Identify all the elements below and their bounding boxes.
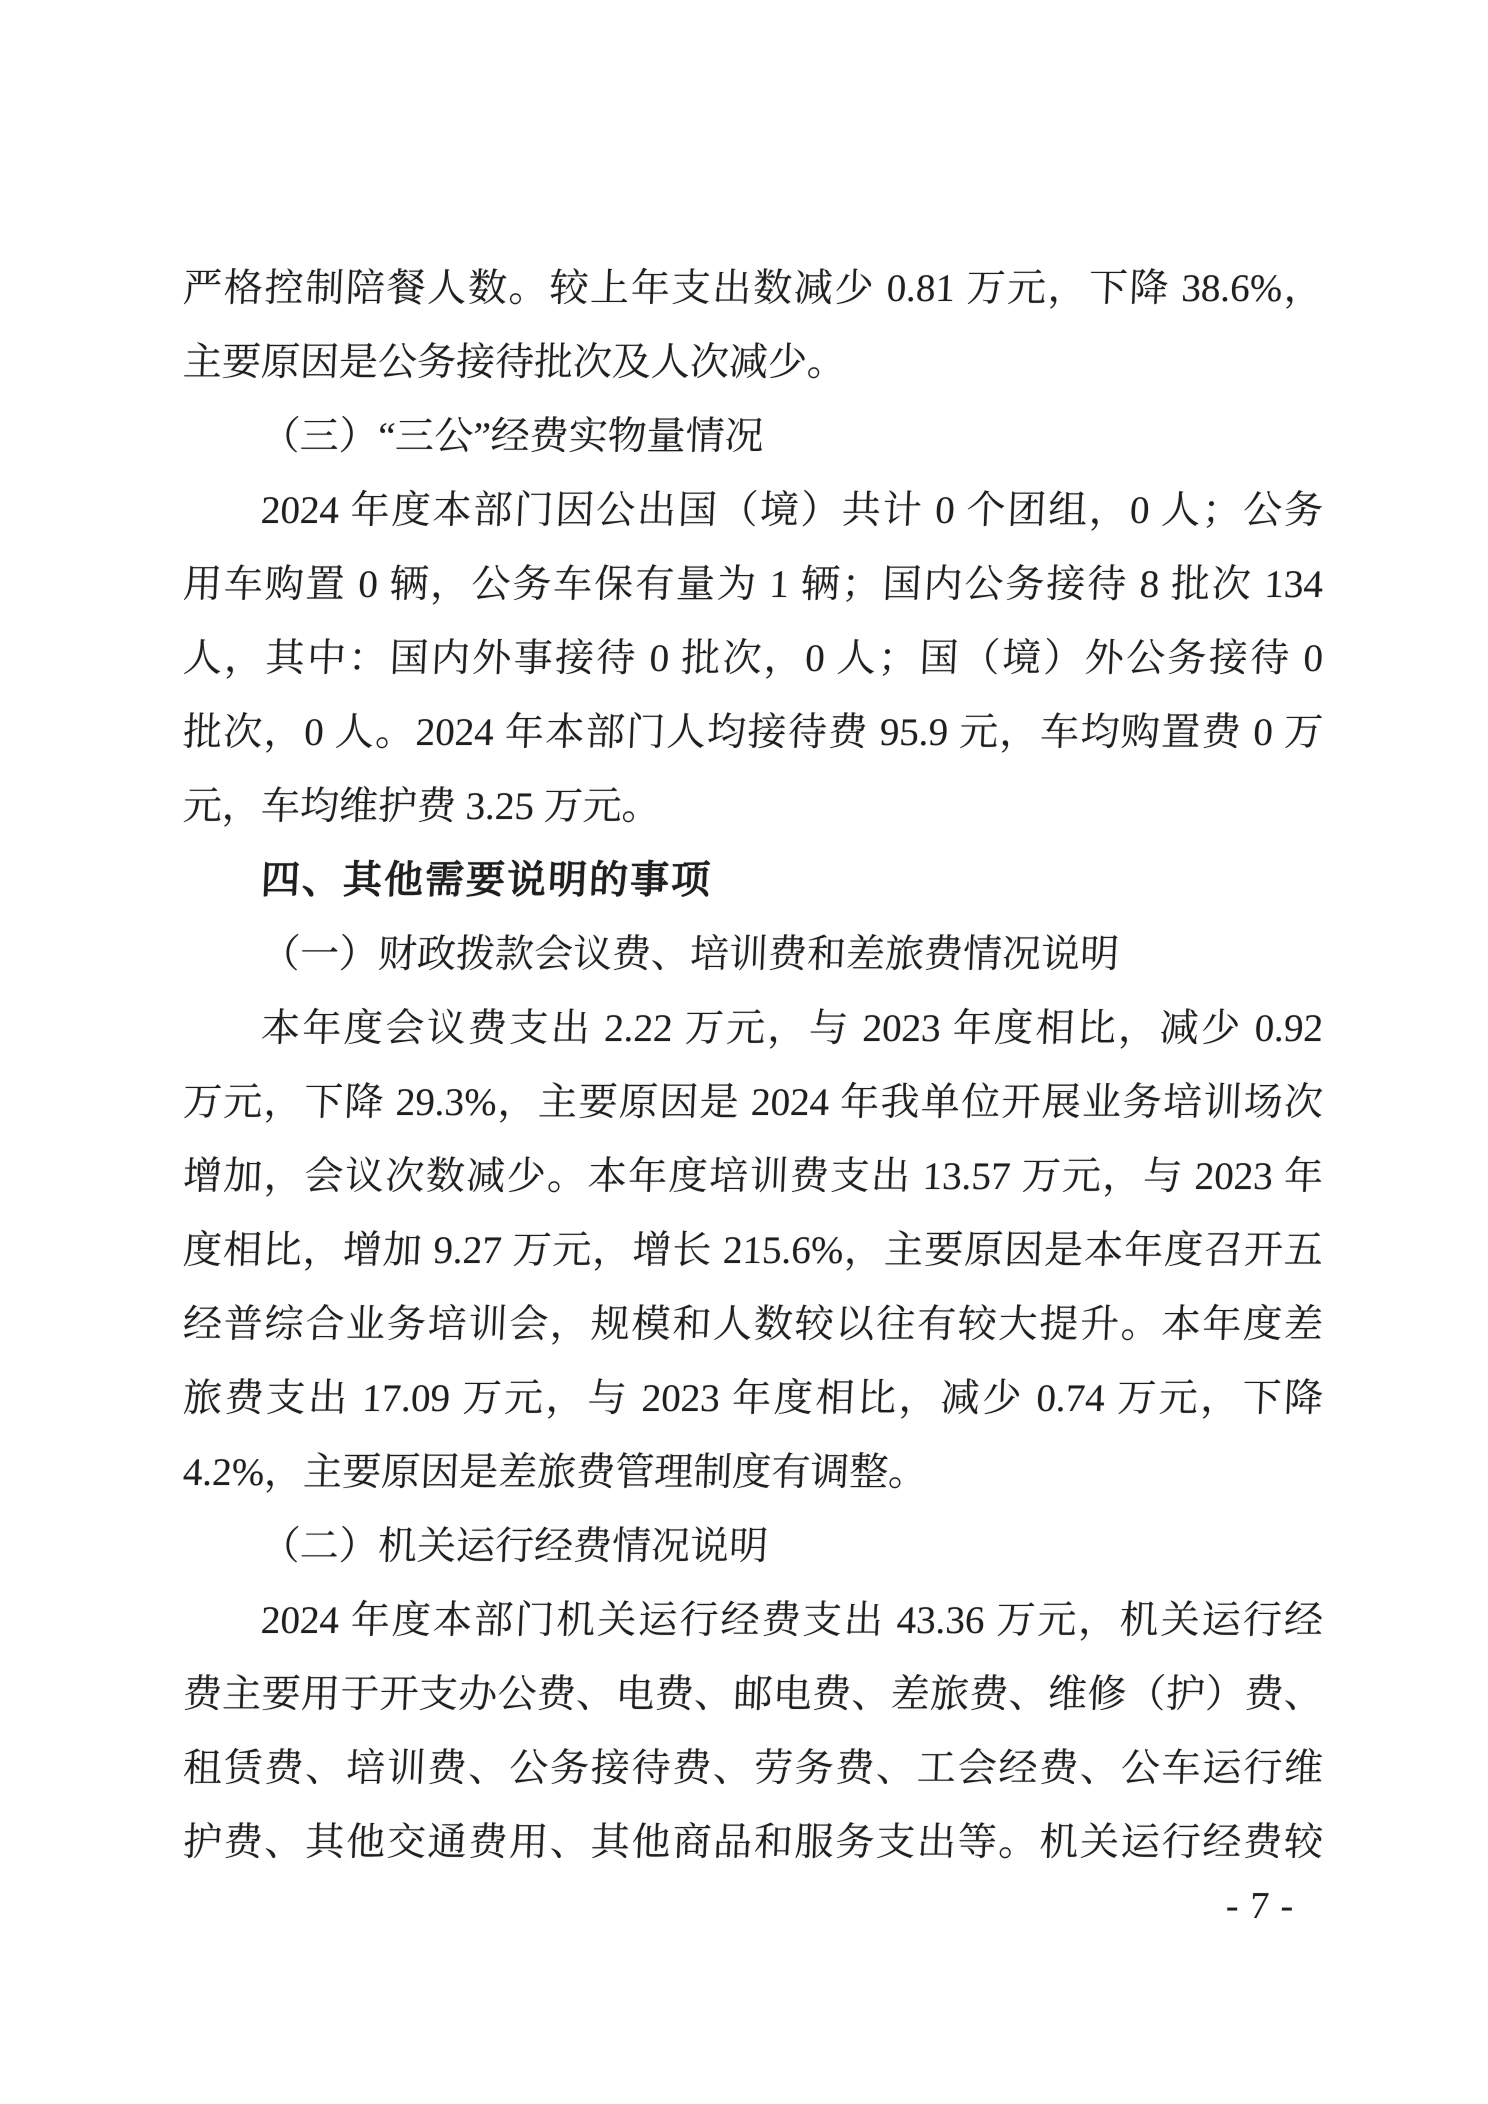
text-line: 旅费支出 17.09 万元，与 2023 年度相比，减少 0.74 万元，下降 (181, 1362, 1324, 1436)
text-line: 严格控制陪餐人数。较上年支出数减少 0.81 万元，下降 38.6%， (181, 252, 1324, 326)
text-line: 4.2%，主要原因是差旅费管理制度有调整。 (181, 1436, 1324, 1510)
page-number: - 7 - (1225, 1882, 1295, 1930)
text-line: （二）机关运行经费情况说明 (181, 1510, 1324, 1584)
text-line: （三）“三公”经费实物量情况 (181, 400, 1324, 474)
text-line: 租赁费、培训费、公务接待费、劳务费、工会经费、公车运行维 (181, 1732, 1324, 1806)
text-line: 人，其中：国内外事接待 0 批次，0 人；国（境）外公务接待 0 (181, 622, 1324, 696)
subheading-block: （三）“三公”经费实物量情况 (183, 400, 1323, 474)
body-block: 2024 年度本部门机关运行经费支出 43.36 万元，机关运行经费主要用于开支… (183, 1584, 1323, 1880)
text-line: （一）财政拨款会议费、培训费和差旅费情况说明 (181, 918, 1324, 992)
text-line: 万元，下降 29.3%，主要原因是 2024 年我单位开展业务培训场次 (181, 1066, 1324, 1140)
text-line: 2024 年度本部门因公出国（境）共计 0 个团组，0 人；公务 (181, 474, 1324, 548)
text-line: 度相比，增加 9.27 万元，增长 215.6%，主要原因是本年度召开五 (181, 1214, 1324, 1288)
body-block: 严格控制陪餐人数。较上年支出数减少 0.81 万元，下降 38.6%，主要原因是… (183, 252, 1323, 400)
text-line: 批次，0 人。2024 年本部门人均接待费 95.9 元，车均购置费 0 万 (181, 696, 1324, 770)
text-line: 护费、其他交通费用、其他商品和服务支出等。机关运行经费较 (181, 1806, 1324, 1880)
text-line: 费主要用于开支办公费、电费、邮电费、差旅费、维修（护）费、 (181, 1658, 1324, 1732)
body-block: 2024 年度本部门因公出国（境）共计 0 个团组，0 人；公务用车购置 0 辆… (183, 474, 1323, 844)
text-line: 四、其他需要说明的事项 (181, 844, 1324, 918)
text-line: 2024 年度本部门机关运行经费支出 43.36 万元，机关运行经 (181, 1584, 1324, 1658)
text-line: 主要原因是公务接待批次及人次减少。 (181, 326, 1324, 400)
subheading-block: （二）机关运行经费情况说明 (183, 1510, 1323, 1584)
document-body: 严格控制陪餐人数。较上年支出数减少 0.81 万元，下降 38.6%，主要原因是… (183, 252, 1323, 1880)
document-page: 严格控制陪餐人数。较上年支出数减少 0.81 万元，下降 38.6%，主要原因是… (0, 0, 1488, 2104)
text-line: 元，车均维护费 3.25 万元。 (181, 770, 1324, 844)
text-line: 经普综合业务培训会，规模和人数较以往有较大提升。本年度差 (181, 1288, 1324, 1362)
heading-block: 四、其他需要说明的事项 (183, 844, 1323, 918)
subheading-block: （一）财政拨款会议费、培训费和差旅费情况说明 (183, 918, 1323, 992)
text-line: 用车购置 0 辆，公务车保有量为 1 辆；国内公务接待 8 批次 134 (181, 548, 1324, 622)
body-block: 本年度会议费支出 2.22 万元，与 2023 年度相比，减少 0.92万元，下… (183, 992, 1323, 1510)
text-line: 本年度会议费支出 2.22 万元，与 2023 年度相比，减少 0.92 (181, 992, 1324, 1066)
text-line: 增加，会议次数减少。本年度培训费支出 13.57 万元，与 2023 年 (181, 1140, 1324, 1214)
